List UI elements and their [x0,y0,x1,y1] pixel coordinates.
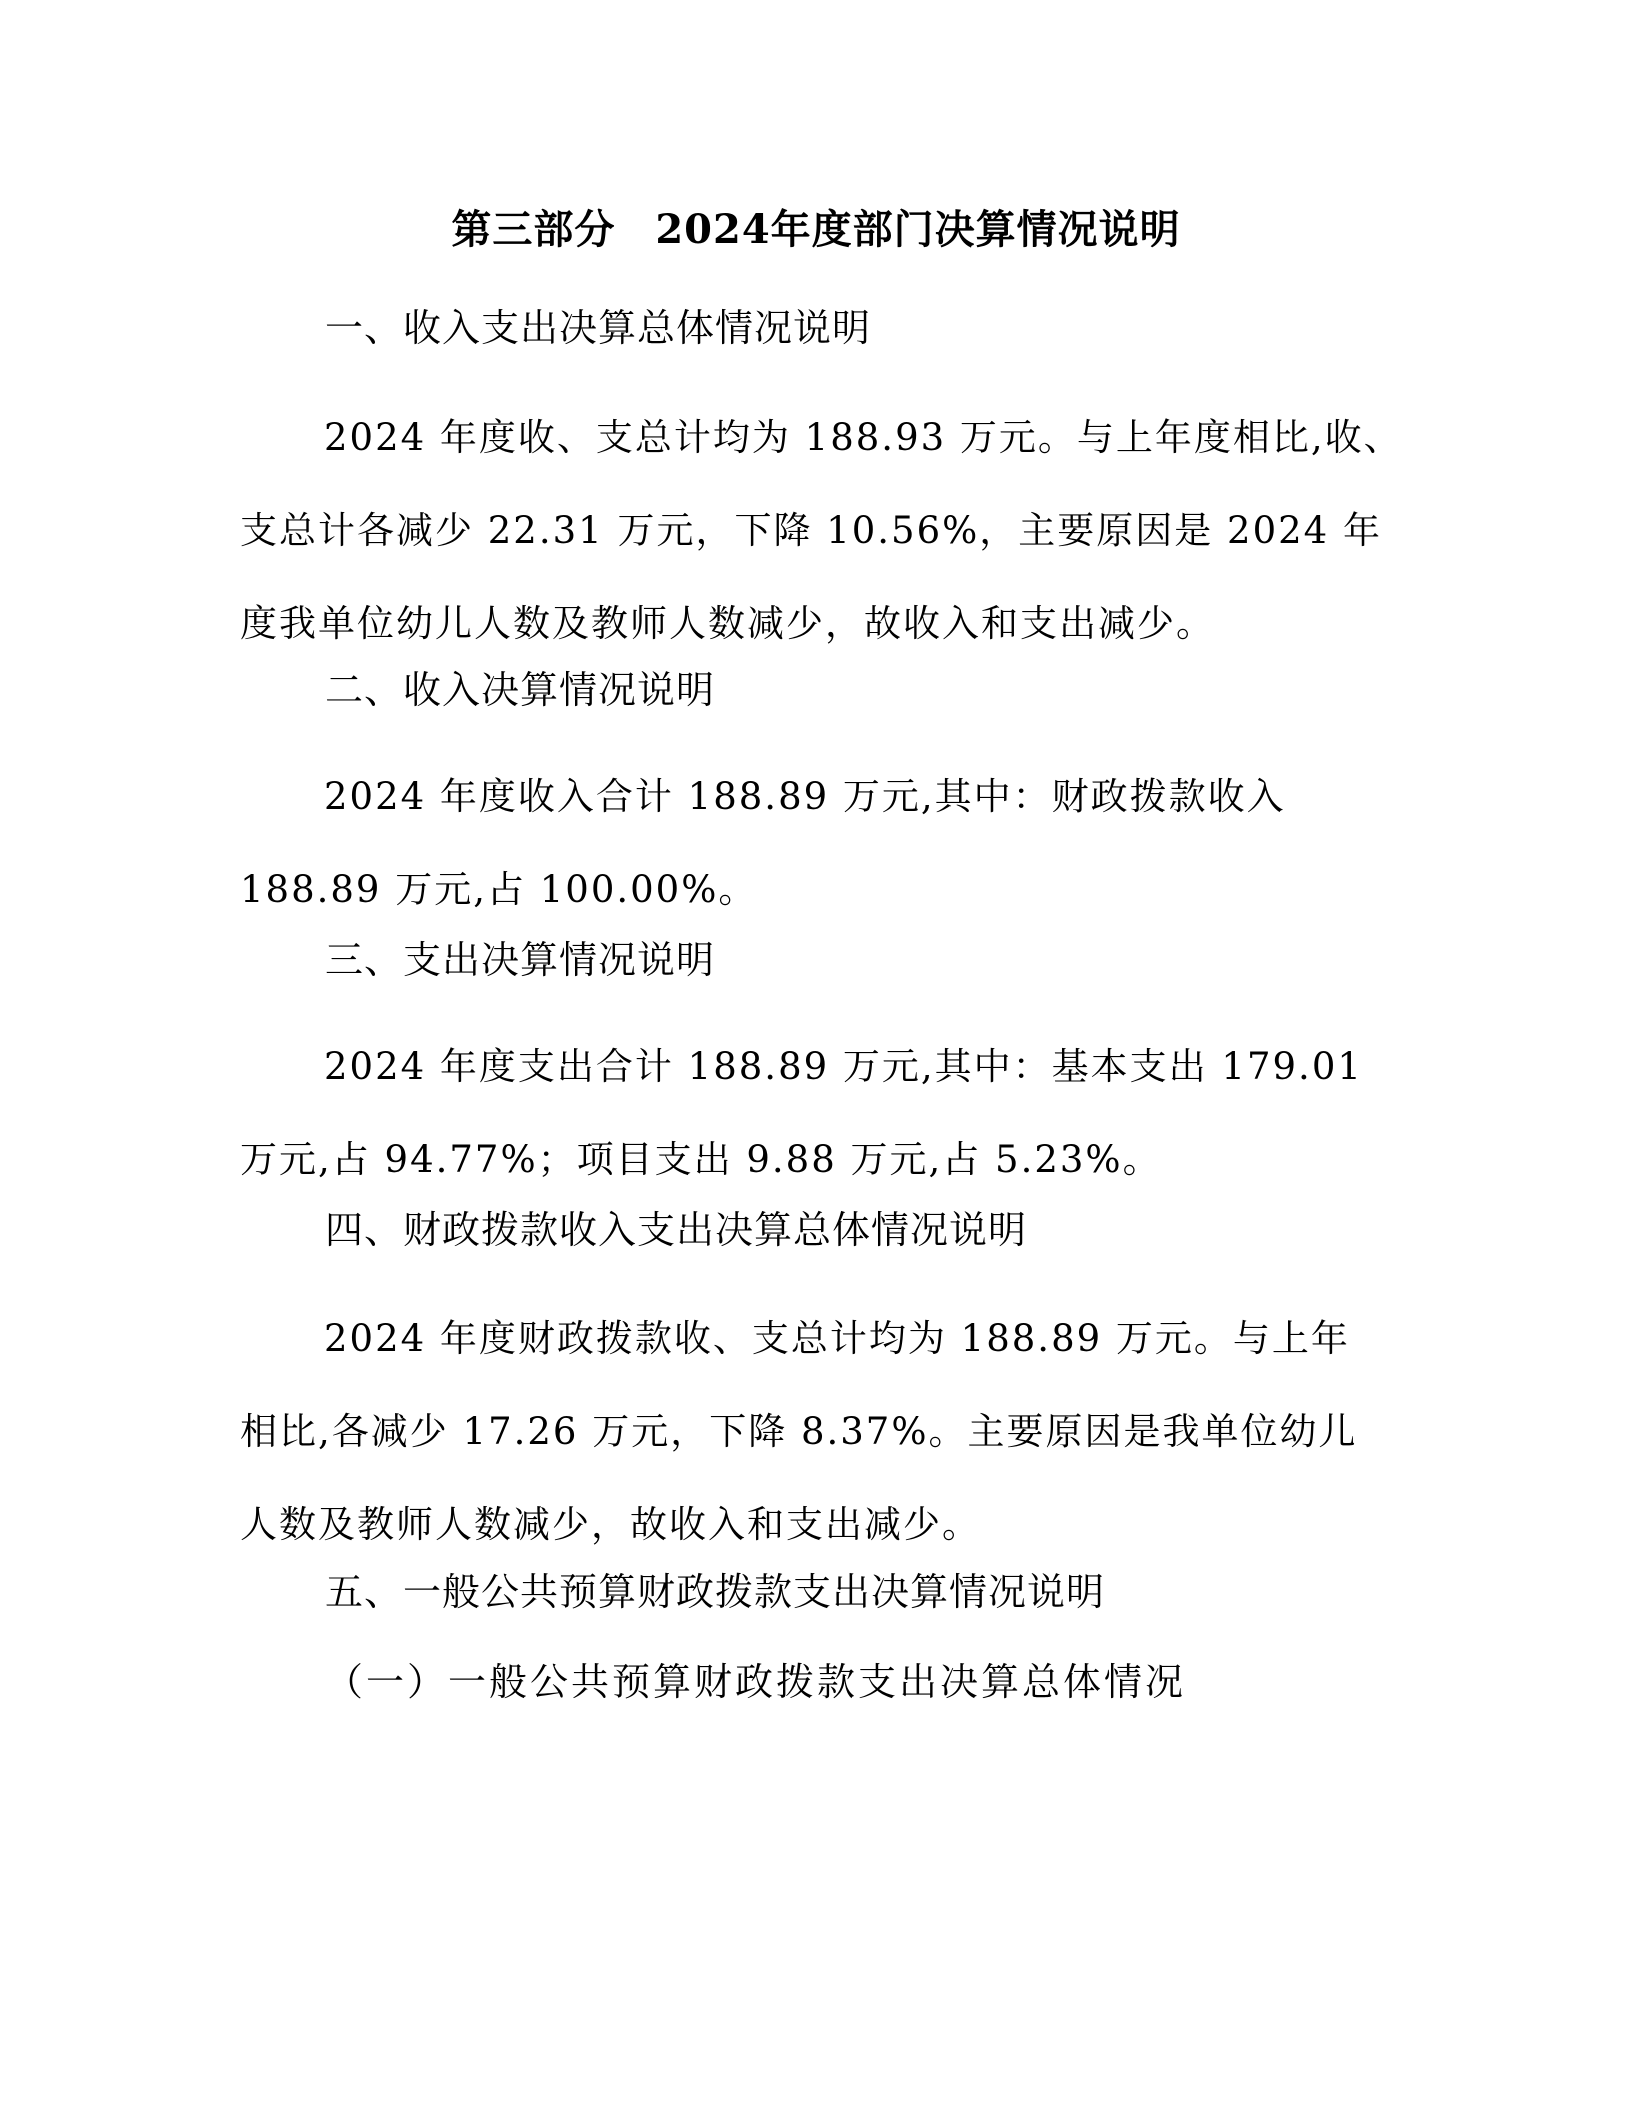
document-page: 第三部分2024年度部门决算情况说明 一、收入支出决算总体情况说明 2024 年… [0,0,1632,2112]
section-heading-5: 五、一般公共预算财政拨款支出决算情况说明 [325,1562,1105,1622]
paragraph-line: 人数及教师人数减少，故收入和支出减少。 [240,1478,1400,1571]
page-title: 第三部分2024年度部门决算情况说明 [0,200,1632,260]
paragraph-line: 2024 年度财政拨款收、支总计均为 188.89 万元。与上年 [240,1292,1400,1385]
paragraph-line: 2024 年度收入合计 188.89 万元,其中：财政拨款收入 [240,750,1400,843]
section-paragraph-4: 2024 年度财政拨款收、支总计均为 188.89 万元。与上年 相比,各减少 … [240,1292,1400,1571]
paragraph-line: 相比,各减少 17.26 万元，下降 8.37%。主要原因是我单位幼儿 [240,1385,1400,1478]
sub-heading-5-1: （一）一般公共预算财政拨款支出决算总体情况 [325,1652,1186,1712]
title-part: 第三部分 [451,206,615,253]
paragraph-line: 支总计各减少 22.31 万元，下降 10.56%，主要原因是 2024 年 [240,484,1400,577]
section-heading-3: 三、支出决算情况说明 [325,930,715,990]
section-paragraph-1: 2024 年度收、支总计均为 188.93 万元。与上年度相比,收、 支总计各减… [240,391,1400,670]
section-heading-4: 四、财政拨款收入支出决算总体情况说明 [325,1200,1027,1260]
section-heading-2: 二、收入决算情况说明 [325,660,715,720]
section-heading-1: 一、收入支出决算总体情况说明 [325,298,871,358]
paragraph-line: 度我单位幼儿人数及教师人数减少，故收入和支出减少。 [240,577,1400,670]
paragraph-line: 188.89 万元,占 100.00%。 [240,843,1400,936]
section-paragraph-2: 2024 年度收入合计 188.89 万元,其中：财政拨款收入 188.89 万… [240,750,1400,936]
paragraph-line: 万元,占 94.77%；项目支出 9.88 万元,占 5.23%。 [240,1113,1400,1206]
section-paragraph-3: 2024 年度支出合计 188.89 万元,其中：基本支出 179.01 万元,… [240,1020,1400,1206]
title-text: 2024年度部门决算情况说明 [655,206,1180,253]
paragraph-line: 2024 年度支出合计 188.89 万元,其中：基本支出 179.01 [240,1020,1400,1113]
paragraph-line: 2024 年度收、支总计均为 188.93 万元。与上年度相比,收、 [240,391,1400,484]
